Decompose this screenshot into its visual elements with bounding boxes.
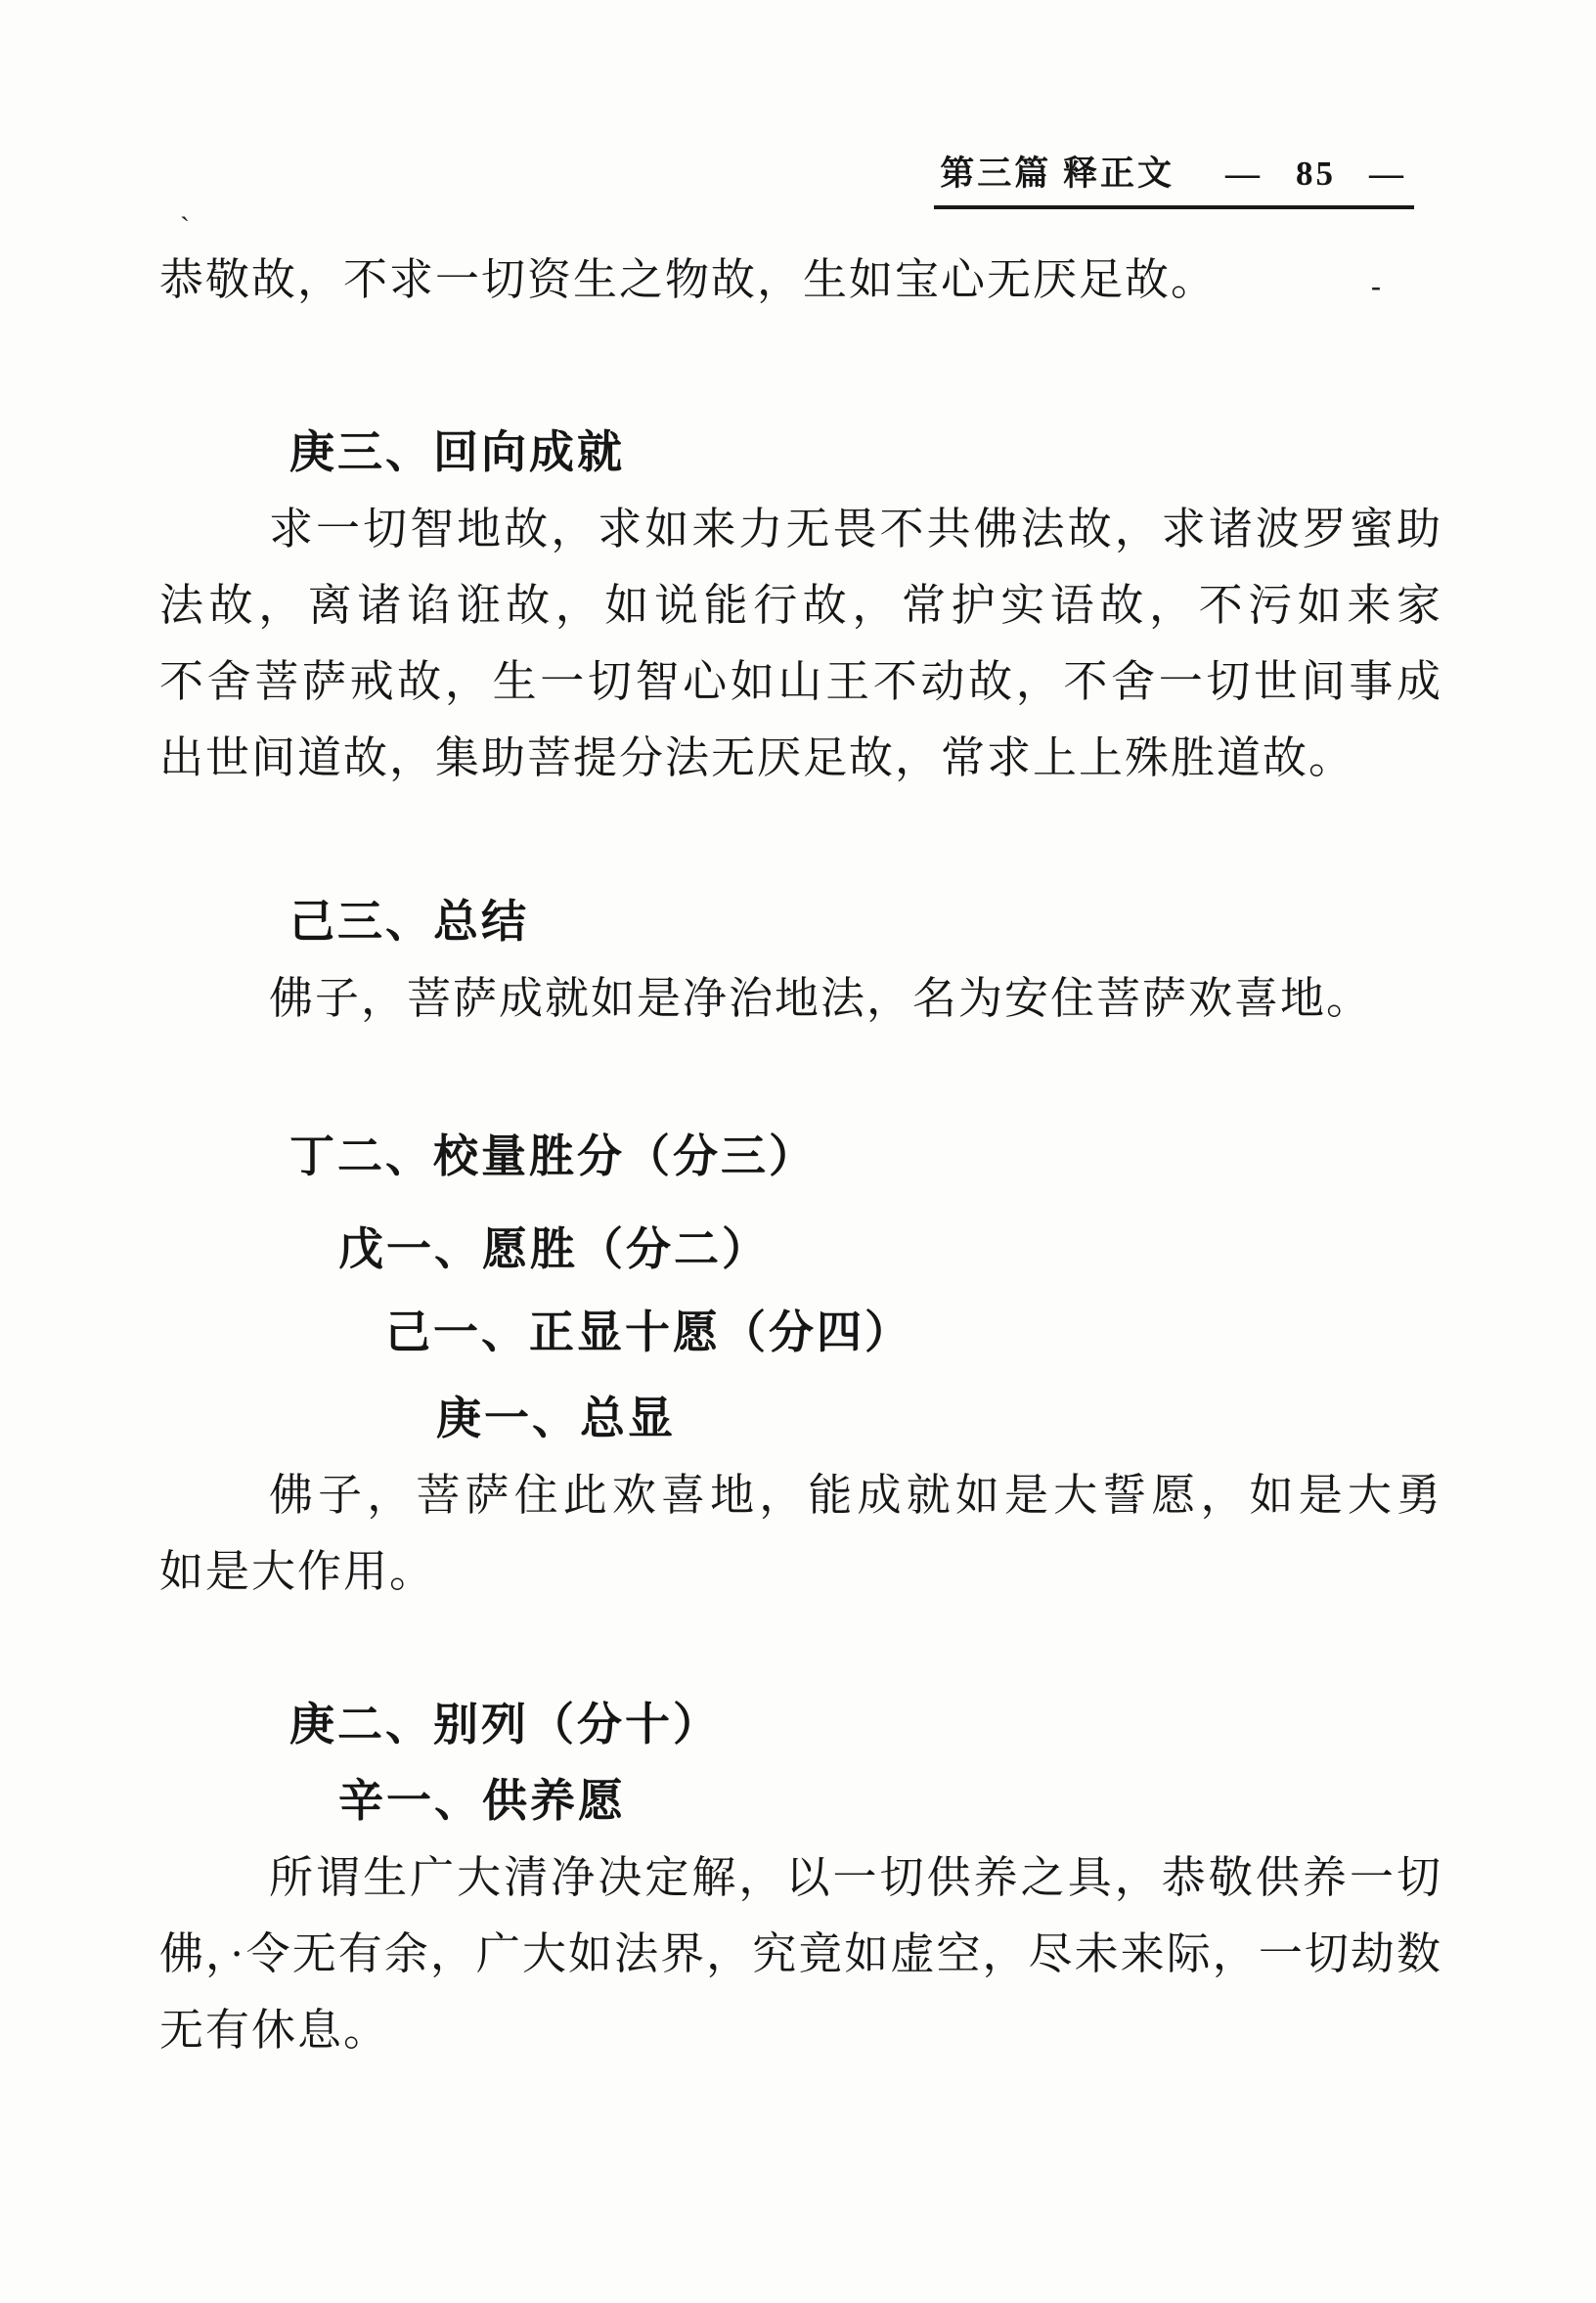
page-header: 第三篇 释正文 — 85 —	[934, 147, 1414, 209]
header-dash-right: —	[1369, 155, 1406, 194]
paragraph-line: 佛子，菩萨成就如是净治地法，名为安住菩萨欢喜地。	[159, 960, 1442, 1037]
paragraph-line: 恭敬故，不求一切资生之物故，生如宝心无厌足故。	[159, 242, 1442, 318]
paragraph-line: 佛，·令无有余，广大如法界，究竟如虚空，尽未来际，一切劫数	[159, 1916, 1442, 1992]
section-heading-wu1: 戊一、愿胜（分二）	[159, 1212, 1442, 1288]
section-heading-geng1: 庚一、总显	[159, 1381, 1442, 1457]
paragraph-line: 法故，离诸谄诳故，如说能行故，常护实语故，不污如来家故，	[159, 567, 1442, 643]
paragraph-line: 不舍菩萨戒故，生一切智心如山王不动故，不舍一切世间事成就	[159, 643, 1442, 720]
header-section-title: 第三篇 释正文	[940, 147, 1175, 196]
paragraph-line: 佛子，菩萨住此欢喜地，能成就如是大誓愿，如是大勇猛，	[159, 1457, 1442, 1533]
section-heading-geng3: 庚三、回向成就	[159, 415, 1442, 491]
section-heading-ji1: 己一、正显十愿（分四）	[159, 1295, 1442, 1371]
paragraph-line: 求一切智地故，求如来力无畏不共佛法故，求诸波罗蜜助道	[159, 491, 1442, 567]
header-dash-left: —	[1225, 155, 1263, 194]
section-heading-xin1: 辛一、供养愿	[159, 1763, 1442, 1839]
page-number: 85	[1296, 155, 1336, 194]
section-heading-ji3: 己三、总结	[159, 884, 1442, 960]
paragraph-line: 如是大作用。	[159, 1533, 1442, 1610]
paragraph-line: 出世间道故，集助菩提分法无厌足故，常求上上殊胜道故。	[159, 720, 1442, 796]
page-body: 恭敬故，不求一切资生之物故，生如宝心无厌足故。 庚三、回向成就 求一切智地故，求…	[159, 242, 1442, 2068]
section-heading-geng2: 庚二、别列（分十）	[159, 1687, 1442, 1763]
paragraph-line: 无有休息。	[159, 1992, 1442, 2068]
paragraph-line: 所谓生广大清净决定解，以一切供养之具，恭敬供养一切诸	[159, 1839, 1442, 1916]
section-heading-ding2: 丁二、校量胜分（分三）	[159, 1119, 1442, 1195]
scanned-book-page: 第三篇 释正文 — 85 — ˋ - 恭敬故，不求一切资生之物故，生如宝心无厌足…	[0, 0, 1596, 2303]
scan-artifact-tick: ˋ	[180, 211, 190, 244]
